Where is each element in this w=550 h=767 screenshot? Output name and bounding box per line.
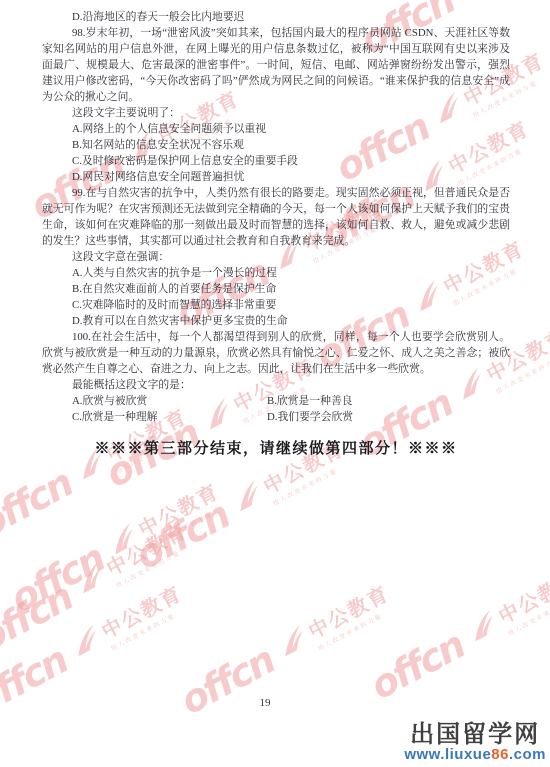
question-99-prompt: 这段文字意在强调： (42, 249, 510, 265)
offcn-watermark-cn-row: 中公教育 (272, 578, 393, 661)
offcn-watermark-cn-text: 中公教育 (493, 563, 550, 630)
question-99-option-d: D.教育可以在自然灾害中保护更多宝贵的生命 (42, 313, 510, 329)
document-page: offcn中公教育给人改变未来的力量offcn中公教育给人改变未来的力量offc… (0, 0, 550, 767)
offcn-watermark-cn-text: 中公教育 (303, 578, 394, 645)
question-99-option-b: B.在自然灾难面前人的首要任务是保护生命 (42, 281, 510, 297)
offcn-watermark-text: offcn (363, 623, 471, 708)
page-number: 19 (0, 697, 530, 709)
question-98-option-d: D.网民对网络信息安全问题普遍担忧 (42, 169, 510, 185)
offcn-watermark-text: offcn (0, 575, 79, 660)
offcn-watermark-text: offcn (128, 493, 236, 578)
question-98-prompt: 这段文字主要说明了： (42, 105, 510, 121)
url-number: 86 (491, 746, 509, 763)
question-100-option-a: A.欣赏与被欣赏 (72, 393, 267, 409)
question-98-stem: 98.岁末年初，一场“泄密风波”突如其来，包括国内最大的程序员网站 CSDN、天… (42, 25, 510, 105)
offcn-swoosh-icon (72, 561, 109, 595)
offcn-swoosh-icon (274, 624, 311, 658)
liuxue86-site-name: 出国留学网 (404, 722, 546, 747)
offcn-watermark-text: offcn (173, 638, 281, 723)
question-99-option-c: C.灾难降临时的及时而智慧的选择非常重要 (42, 297, 510, 313)
question-100-option-c: C.欣赏是一种理解 (72, 409, 267, 425)
question-100-stem: 100.在社会生活中，每一个人都渴望得到别人的欣赏，同样，每一个人也要学会欣赏别… (42, 329, 510, 377)
offcn-watermark-slogan: 给人改变未来的力量 (146, 509, 214, 551)
offcn-watermark-cn-row: 中公教育 (102, 476, 223, 559)
offcn-watermark-cn-text: 中公教育 (101, 515, 192, 582)
offcn-swoosh-icon (464, 609, 501, 643)
page-content: D.沿海地区的春天一般会比内地要迟 98.岁末年初，一场“泄密风波”突如其来，包… (42, 9, 510, 457)
offcn-watermark-cn-block: 中公教育给人改变未来的力量 (272, 578, 398, 669)
offcn-watermark-cn-row: 中公教育 (70, 515, 191, 598)
question-98-option-b: B.知名网站的信息安全状况不容乐观 (42, 137, 510, 153)
offcn-watermark-slogan: 给人改变未来的力量 (109, 611, 177, 653)
offcn-watermark-cn-block: 中公教育给人改变未来的力量 (70, 515, 196, 606)
offcn-watermark-cn-row: 中公教育 (462, 563, 550, 646)
offcn-watermark-text: offcn (3, 536, 111, 621)
question-98-option-c: C.及时修改密码是保护网上信息安全的重要手段 (42, 153, 510, 169)
question-100-options: A.欣赏与被欣赏 B.欣赏是一种善良 C.欣赏是一种理解 D.我们要学会欣赏 (42, 393, 510, 425)
liuxue86-logo: 出国留学网 www.liuxue86.com (404, 722, 546, 763)
offcn-watermark-cn-block: 中公教育给人改变未来的力量 (462, 563, 550, 654)
offcn-swoosh-icon (104, 522, 141, 556)
url-prefix: www.liuxue (404, 746, 491, 763)
question-99-option-a: A.人类与自然灾害的抗争是一个漫长的过程 (42, 265, 510, 281)
question-100-option-d: D.我们要学会欣赏 (267, 409, 510, 425)
offcn-watermark-text: offcn (0, 461, 79, 546)
question-98-option-a: A.网络上的个人信息安全问题须予以重视 (42, 121, 510, 137)
offcn-watermark-cn-text: 中公教育 (96, 578, 187, 645)
offcn-watermark-cn-block: 中公教育给人改变未来的力量 (65, 578, 191, 669)
offcn-watermark: offcn中公教育给人改变未来的力量 (0, 512, 197, 660)
offcn-watermark-cn-block: 中公教育给人改变未来的力量 (452, 0, 550, 8)
question-99-stem: 99.在与自然灾害的抗争中，人类仍然有很长的路要走。现实固然必须正视，但普通民众… (42, 185, 510, 249)
offcn-watermark-slogan: 给人改变未来的力量 (114, 548, 182, 590)
offcn-swoosh-icon (229, 479, 266, 513)
offcn-watermark-slogan: 给人改变未来的力量 (506, 596, 550, 638)
offcn-watermark: offcn中公教育给人改变未来的力量 (363, 560, 550, 708)
question-100-option-b: B.欣赏是一种善良 (267, 393, 510, 409)
offcn-swoosh-icon (67, 624, 104, 658)
question-100-prompt: 最能概括这段文字的是： (42, 377, 510, 393)
offcn-watermark-text: offcn (0, 638, 74, 723)
prev-question-option-d: D.沿海地区的春天一般会比内地要迟 (42, 9, 510, 25)
offcn-watermark-cn-row: 中公教育 (65, 578, 186, 661)
offcn-watermark: offcn中公教育给人改变未来的力量 (3, 473, 229, 621)
offcn-watermark-slogan: 给人改变未来的力量 (271, 466, 339, 508)
url-suffix: .com (509, 746, 546, 763)
offcn-watermark-slogan: 给人改变未来的力量 (316, 611, 384, 653)
offcn-watermark-cn-text: 中公教育 (133, 476, 224, 543)
section-end-notice: ※※※第三部分结束，请继续做第四部分！※※※ (42, 441, 510, 457)
liuxue86-site-url: www.liuxue86.com (404, 747, 546, 763)
offcn-watermark-cn-block: 中公教育给人改变未来的力量 (102, 476, 228, 567)
